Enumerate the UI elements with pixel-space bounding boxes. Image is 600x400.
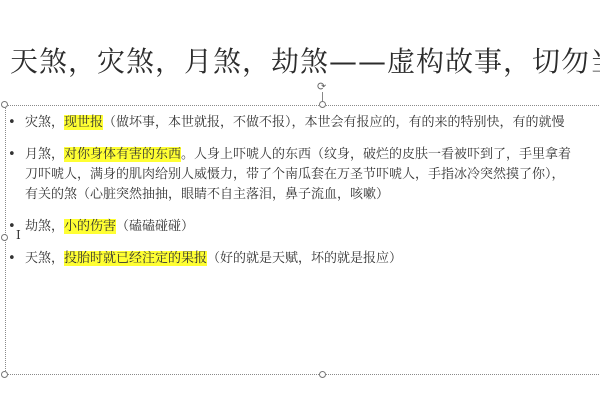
resize-handle-middle-left[interactable] [1,234,8,241]
resize-handle-top-left[interactable] [1,101,8,108]
item-lead: 天煞， [25,251,64,266]
highlighted-text: 现世报 [64,115,103,130]
bullet-item-tiansha: • 天煞，投胎时就已经注定的果报（好的就是天赋，坏的就是报应） [8,249,600,269]
text-cursor-icon: I [16,228,21,242]
resize-handle-bottom-left[interactable] [1,371,8,378]
item-lead: 灾煞， [25,115,64,130]
highlighted-text: 对你身体有害的东西 [64,147,181,162]
resize-handle-bottom-center[interactable] [319,371,326,378]
slide-title[interactable]: 天煞，灾煞，月煞，劫煞——虚构故事，切勿当真 [10,40,600,80]
bullet-icon: • [8,249,16,269]
bullet-item-zaisha: • 灾煞，现世报（做坏事，本世就报，不做不报），本世会有报应的，有的来的特别快，… [8,113,600,133]
item-text-line3: 有关的煞（心脏突然抽抽，眼睛不自主落泪，鼻子流血，咳嗽） [25,187,389,202]
item-lead: 月煞， [25,147,64,162]
item-lead: 劫煞， [25,219,64,234]
resize-handle-top-center[interactable] [319,101,326,108]
bullet-icon: • [8,217,16,237]
item-text: 。人身上吓唬人的东西（纹身，破烂的皮肤一看被吓到了，手里拿着 [181,147,571,162]
bullet-icon: • [8,145,16,165]
highlighted-text: 小的伤害 [64,219,116,234]
bullet-item-jiesha: • 劫煞，小的伤害（磕磕碰碰） [8,217,600,237]
text-box-content[interactable]: • 灾煞，现世报（做坏事，本世就报，不做不报），本世会有报应的，有的来的特别快，… [8,113,600,281]
rotate-handle-icon[interactable]: ⟳ [317,81,326,92]
item-text: （好的就是天赋，坏的就是报应） [207,251,402,266]
bullet-item-yuesha: • 月煞，对你身体有害的东西。人身上吓唬人的东西（纹身，破烂的皮肤一看被吓到了，… [8,145,600,205]
highlighted-text: 投胎时就已经注定的果报 [64,251,207,266]
bullet-icon: • [8,113,16,133]
item-text-line2: 刀吓唬人，满身的肌肉给别人威慑力，带了个南瓜套在万圣节吓唬人，手指冰冷突然摸了你… [25,167,565,182]
item-text: （磕磕碰碰） [116,219,194,234]
item-text: （做坏事，本世就报，不做不报），本世会有报应的，有的来的特别快，有的就慢 [103,115,565,130]
